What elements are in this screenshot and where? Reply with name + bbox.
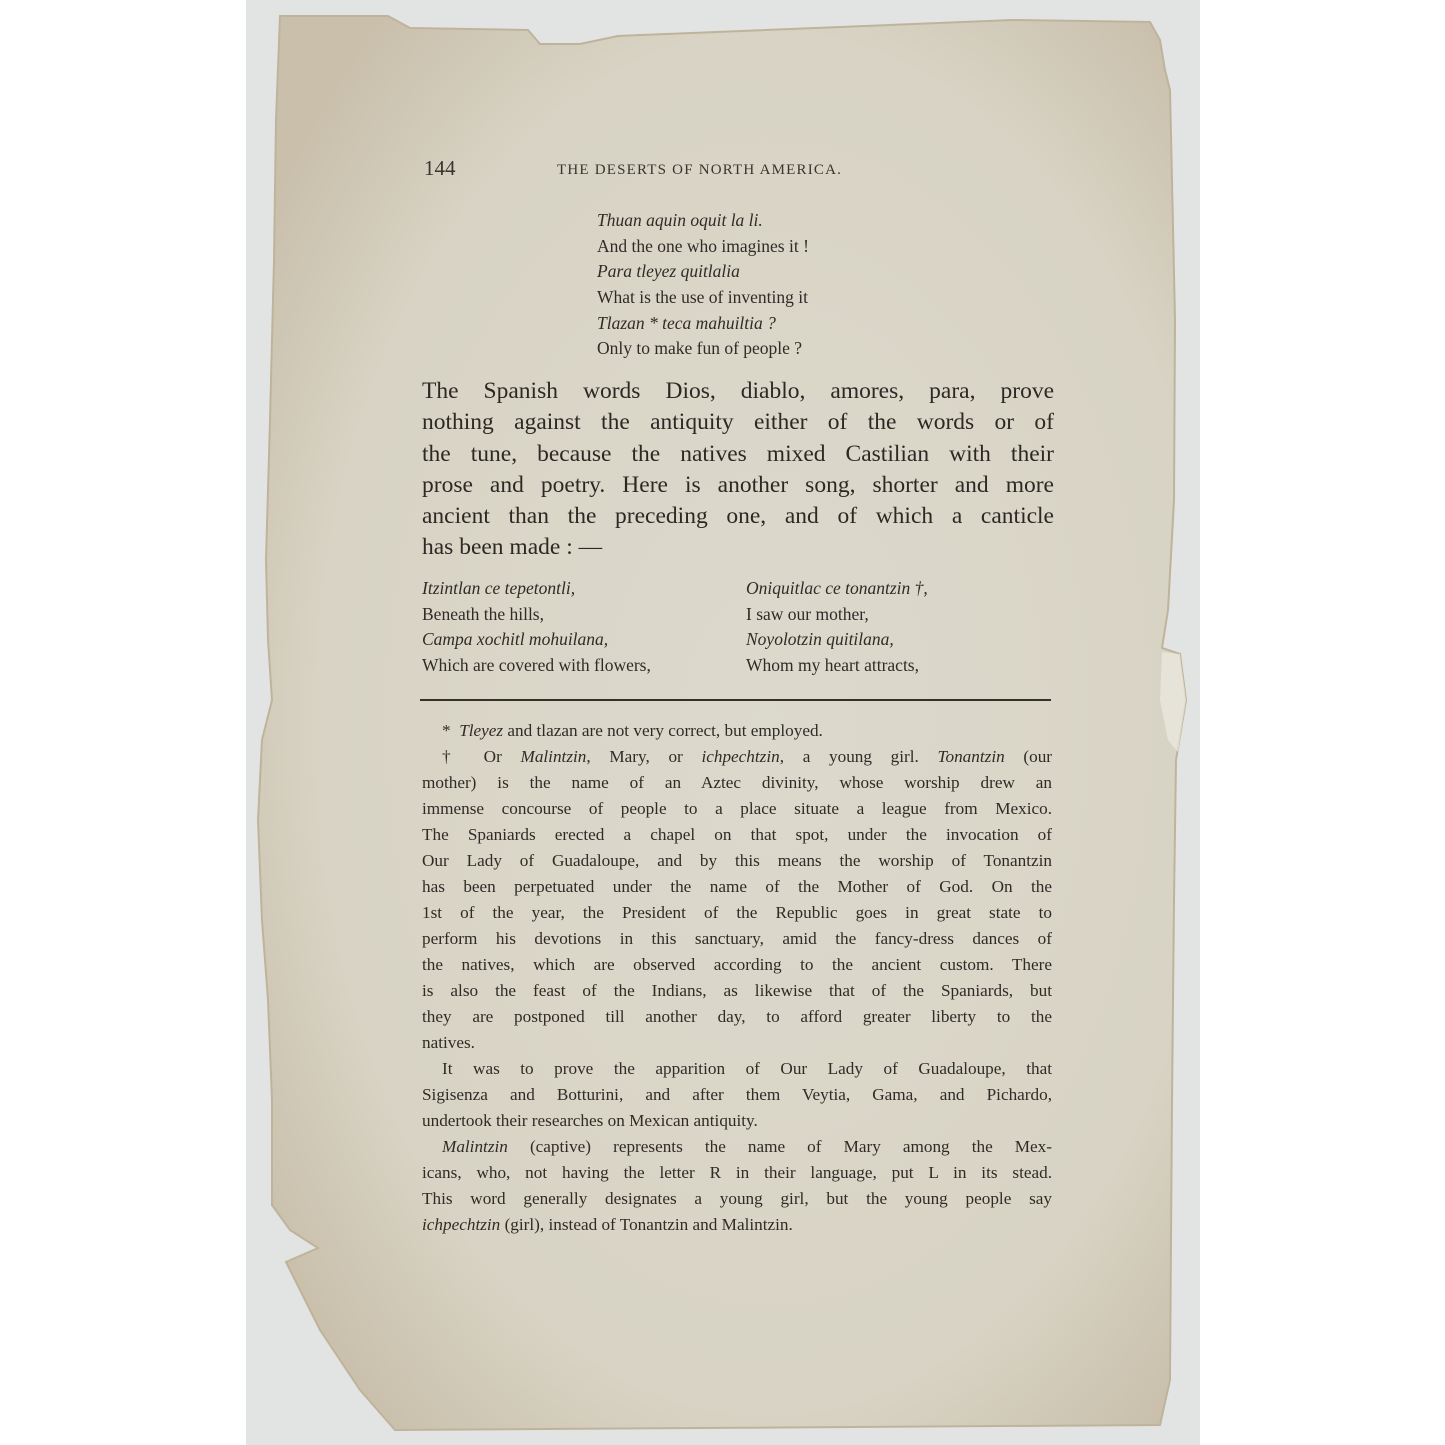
verse-line: And the one who imagines it ! xyxy=(597,234,809,260)
verse-line: Beneath the hills, xyxy=(422,602,651,628)
paragraph-line: the tune, because the natives mixed Cast… xyxy=(422,439,1054,470)
paragraph-line: The Spanish words Dios, diablo, amores, … xyxy=(422,376,1054,407)
footnote-line: Malintzin (captive) represents the name … xyxy=(422,1134,1052,1160)
footnote-marker: † xyxy=(442,747,465,766)
paragraph-line: nothing against the antiquity either of … xyxy=(422,407,1054,438)
footnote-line: Sigisenza and Botturini, and after them … xyxy=(422,1082,1052,1108)
verse-line: Which are covered with flowers, xyxy=(422,653,651,679)
footnote-line: 1st of the year, the President of the Re… xyxy=(422,900,1052,926)
paragraph-line: ancient than the preceding one, and of w… xyxy=(422,501,1054,532)
page-number: 144 xyxy=(424,156,456,181)
verse-line: Campa xochitl mohuilana, xyxy=(422,627,651,653)
footnote-line: icans, who, not having the letter R in t… xyxy=(422,1160,1052,1186)
footnote-text: Tleyez and tlazan are not very correct, … xyxy=(459,721,823,740)
verse-one: Thuan aquin oquit la li. And the one who… xyxy=(597,208,809,362)
footnote-line: has been perpetuated under the name of t… xyxy=(422,874,1052,900)
paragraph-line: prose and poetry. Here is another song, … xyxy=(422,470,1054,501)
footnote-line: This word generally designates a young g… xyxy=(422,1186,1052,1212)
footnotes: * Tleyez and tlazan are not very correct… xyxy=(422,718,1052,1238)
footnote-line: the natives, which are observed accordin… xyxy=(422,952,1052,978)
footnote-divider xyxy=(420,699,1051,701)
footnote-line: The Spaniards erected a chapel on that s… xyxy=(422,822,1052,848)
footnote-line: It was to prove the apparition of Our La… xyxy=(422,1056,1052,1082)
footnote-text: Or Malintzin, Mary, or ichpechtzin, a yo… xyxy=(484,747,1052,766)
verse-line: What is the use of inventing it xyxy=(597,285,809,311)
body-paragraph: The Spanish words Dios, diablo, amores, … xyxy=(422,376,1054,564)
footnote-line: Our Lady of Guadaloupe, and by this mean… xyxy=(422,848,1052,874)
verse-line: Para tleyez quitlalia xyxy=(597,259,809,285)
footnote-line: ichpechtzin (girl), instead of Tonantzin… xyxy=(422,1212,1052,1238)
verse-line: Only to make fun of people ? xyxy=(597,336,809,362)
verse-two-left-column: Itzintlan ce tepetontli, Beneath the hil… xyxy=(422,576,651,679)
footnote-marker: * xyxy=(442,721,451,740)
paragraph-line: has been made : — xyxy=(422,532,1054,563)
running-head: THE DESERTS OF NORTH AMERICA. xyxy=(557,162,842,179)
footnote-line: is also the feast of the Indians, as lik… xyxy=(422,978,1052,1004)
verse-line: Whom my heart attracts, xyxy=(746,653,928,679)
footnote-dagger-line: † Or Malintzin, Mary, or ichpechtzin, a … xyxy=(422,744,1052,770)
verse-line: Itzintlan ce tepetontli, xyxy=(422,576,651,602)
footnote-line: natives. xyxy=(422,1030,1052,1056)
verse-line: Thuan aquin oquit la li. xyxy=(597,208,809,234)
verse-two-right-column: Oniquitlac ce tonantzin †, I saw our mot… xyxy=(746,576,928,679)
verse-line: Tlazan * teca mahuiltia ? xyxy=(597,311,809,337)
footnote-line: undertook their researches on Mexican an… xyxy=(422,1108,1052,1134)
footnote-line: they are postponed till another day, to … xyxy=(422,1004,1052,1030)
verse-line: I saw our mother, xyxy=(746,602,928,628)
verse-line: Noyolotzin quitilana, xyxy=(746,627,928,653)
footnote-line: immense concourse of people to a place s… xyxy=(422,796,1052,822)
footnote-line: perform his devotions in this sanctuary,… xyxy=(422,926,1052,952)
book-page: 144 THE DESERTS OF NORTH AMERICA. Thuan … xyxy=(0,0,1445,1445)
verse-line: Oniquitlac ce tonantzin †, xyxy=(746,576,928,602)
footnote-asterisk: * Tleyez and tlazan are not very correct… xyxy=(422,718,1052,744)
footnote-line: mother) is the name of an Aztec divinity… xyxy=(422,770,1052,796)
